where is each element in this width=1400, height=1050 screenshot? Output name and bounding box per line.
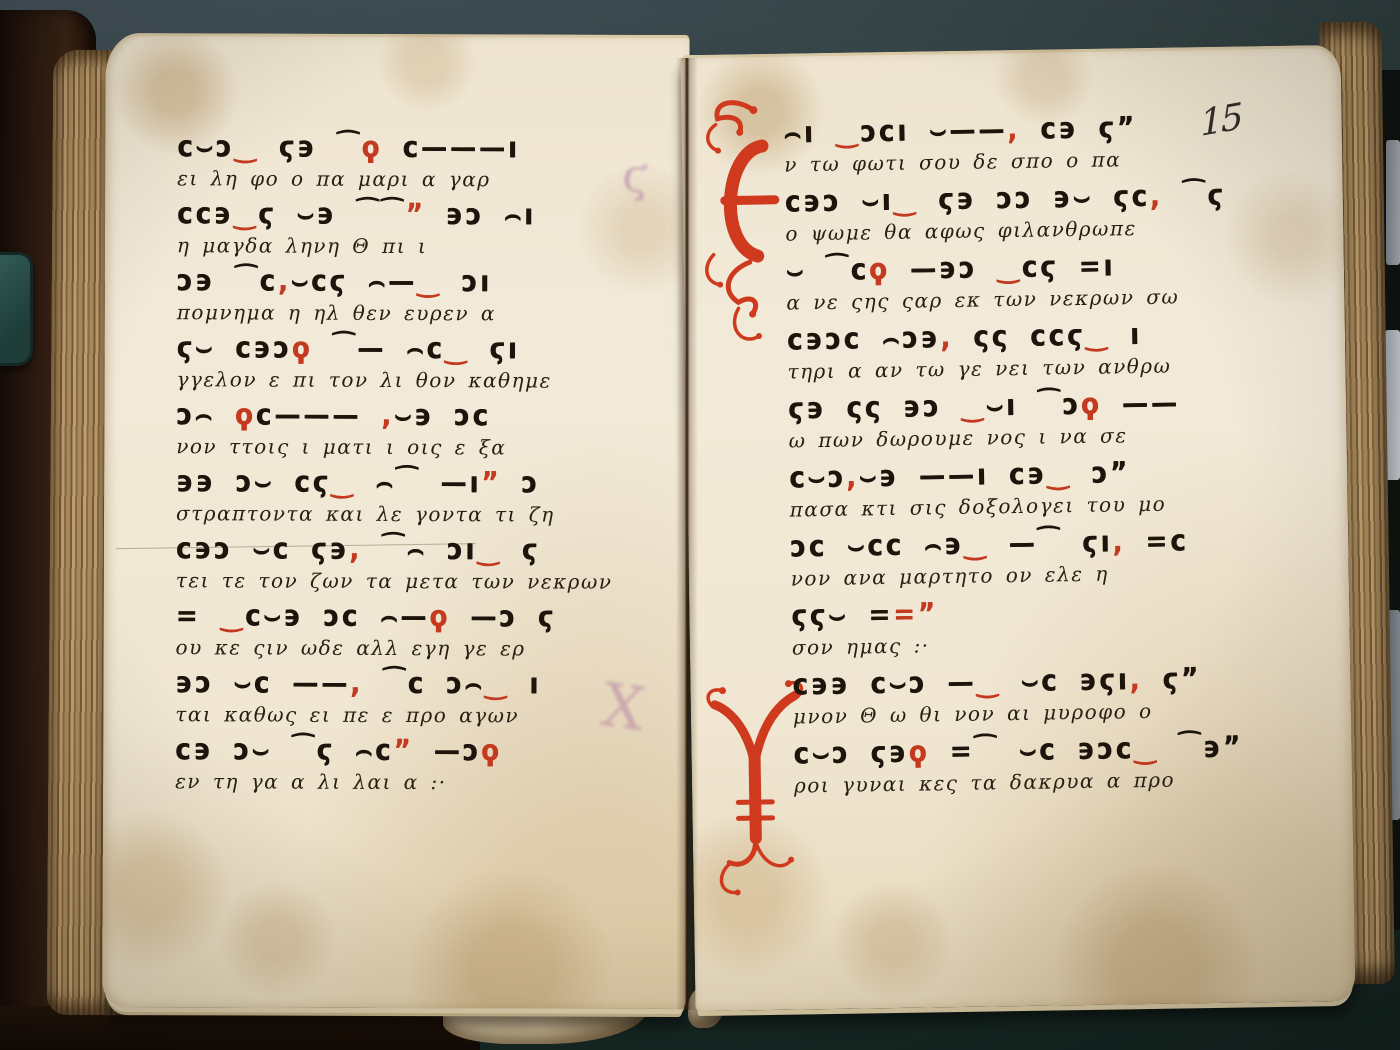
neume-notation: = ‿c⌣϶ ɔϲ ⌢—ϙ —ɔ ϛ <box>176 596 654 638</box>
neume-black: ⌣϶ ɔc <box>394 399 491 433</box>
greek-text-line: εν τη γα α λι λαι α :· <box>175 768 653 797</box>
neume-black: ı <box>1110 318 1142 352</box>
neume-black: =c <box>1125 525 1189 560</box>
neume-black: ϛ <box>502 534 541 568</box>
neume-black: c϶ ϛ” <box>1020 111 1137 146</box>
neume-black: ϲ϶ɔ ⌣c ϛ϶ <box>176 532 349 566</box>
chant-line: ϲ⌣ɔ ϛ϶ϙ =⁀ ⌣c ϶ɔϲ‿ ⁀϶”ροι γυναι κες τα δ… <box>793 729 1294 806</box>
neume-notation: c϶ɔϲ ⌢ɔ϶, ςς ccϛ‿ ı <box>787 313 1288 361</box>
neume-red-mark: ‿ <box>964 528 989 562</box>
neume-red-mark: , <box>846 461 859 495</box>
neume-red-mark: , <box>1150 180 1163 214</box>
neume-notation: ϲ⌣ɔ‿ ϛ϶ ⁀ϙ c———ı <box>177 127 655 169</box>
book-clasp <box>0 252 33 366</box>
greek-text-line: ου κε ςιν ωδε αλλ εγη γε ερ <box>176 634 654 663</box>
neume-red-mark: ‿ <box>1134 732 1159 766</box>
neume-black: ɔı <box>441 265 492 299</box>
neume-red-mark: , <box>349 533 362 567</box>
greek-text-line: γγελον ε πι τον λι θον καθημε <box>176 366 654 395</box>
neume-notation: ɔ϶ ⁀c,⌣ϲϛ ⌢—‿ ɔı <box>177 261 655 303</box>
neume-black: ϲ⌣ɔ ϛ϶ <box>793 736 909 771</box>
neume-black: —ɔ ϛ <box>450 600 556 634</box>
neume-black: ςς ccϛ <box>953 319 1086 355</box>
greek-text-line: ει λη φο ο πα μαρι α γαρ <box>177 165 655 194</box>
neume-red-mark: ‿ <box>485 668 510 702</box>
neume-red-mark: ϙ <box>292 332 313 366</box>
neume-black: ɔ” <box>1071 456 1130 491</box>
right-page: ⌢ı ‿ɔcı ⌣——, c϶ ϛ”ν τω φωτι σου δε σπο ο… <box>681 45 1356 1011</box>
greek-text-line: στραπτοντα και λε γοντα τι ζη <box>176 500 654 529</box>
chant-line: ϲ⌣ɔ,⌣϶ ——ı c϶‿ ɔ”πασα κτι σις δοξολογει … <box>789 453 1290 530</box>
neume-black: ϶ɔ ⌢ı <box>426 198 536 232</box>
neume-notation: cc϶‿ϛ ⌣϶ ⁀⁀” ϶ɔ ⌢ı <box>177 194 655 236</box>
neume-red-mark: , <box>1007 113 1020 147</box>
chant-line: c϶ɔ ⌣ı‿ ϛ϶ ɔɔ ϶⌣ ϛc, ⁀ϛο ψωμε θα αφως φι… <box>785 177 1286 254</box>
neume-red-mark: , <box>1129 663 1142 697</box>
neume-red-mark: ‿ <box>836 116 861 150</box>
chant-line: ϲ϶ɔ ⌣c ϛ϶, ⁀⌢ ɔı‿ ϛτει τε τον ζων τα μετ… <box>176 531 654 600</box>
neume-notation: c϶ɔ ⌣ı‿ ϛ϶ ɔɔ ϶⌣ ϛc, ⁀ϛ <box>785 175 1286 223</box>
greek-text-line: πομνημα η ηλ θεν ευρεν α <box>177 299 655 328</box>
left-page-chant-lines: ϲ⌣ɔ‿ ϛ϶ ⁀ϙ c———ıει λη φο ο πα μαρι α γαρ… <box>175 129 655 801</box>
chant-line: ϛ⌣ ϲ϶ɔϙ ⁀— ⌢c‿ ϛıγγελον ε πι τον λι θον … <box>176 330 654 399</box>
neume-red-mark: ϙ <box>429 600 450 634</box>
neume-red-mark: ‿ <box>220 600 245 634</box>
neume-notation: ϲ϶ɔ ⌣c ϛ϶, ⁀⌢ ɔı‿ ϛ <box>176 529 654 571</box>
greek-text-line: ται καθως ει πε ε προ αγων <box>175 701 653 730</box>
neume-black: ɔ϶ ⁀c <box>177 264 278 298</box>
neume-red-mark: ‿ <box>1047 457 1072 491</box>
neume-black: c϶϶ ϲ⌣ɔ — <box>792 666 976 702</box>
neume-red-mark: ‿ <box>234 131 259 165</box>
neume-notation: ϛ϶ ςς ϶ɔ ‿⌣ı ⁀ɔϙ —— <box>788 382 1289 430</box>
neume-red-mark: , <box>350 667 363 701</box>
neume-red-mark: ‿ <box>1085 319 1110 353</box>
chant-line: ɔc ⌣cc ⌢϶‿ —⁀ ϛı, =cνον ανα μαρτητο ον ε… <box>790 522 1291 599</box>
neume-black: ⌢ı <box>784 116 837 150</box>
neume-notation: ɔc ⌣cc ⌢϶‿ —⁀ ϛı, =c <box>790 520 1291 568</box>
neume-red-mark: , <box>278 265 291 299</box>
chant-line: cc϶‿ϛ ⌣϶ ⁀⁀” ϶ɔ ⌢ıη μαγδα ληνη Θ πι ι <box>177 196 655 265</box>
neume-black: ϛ ⌣϶ ⁀⁀ <box>258 198 406 232</box>
neume-black: ϛ϶ ςς ϶ɔ <box>788 390 962 426</box>
neume-black: ⌣ϲϛ ⌢— <box>291 265 417 299</box>
neume-black: cϛ =ı <box>1021 250 1115 285</box>
neume-black: ϛϛ⌣ = <box>791 598 893 633</box>
neume-black: ⁀⌢ ɔı <box>362 533 477 567</box>
neume-red-mark: ‿ <box>997 251 1022 285</box>
chant-line: c϶϶ ϲ⌣ɔ —‿ ⌣c ϶ϛı, ϛ”μνον Θ ω θι νον αι … <box>792 660 1293 737</box>
neume-red-mark: , <box>381 399 394 433</box>
neume-black: ɔc ⌣cc ⌢϶ <box>790 528 964 564</box>
neume-notation: c϶϶ ϲ⌣ɔ —‿ ⌣c ϶ϛı, ϛ” <box>792 658 1293 706</box>
chant-line: c϶ɔϲ ⌢ɔ϶, ςς ccϛ‿ ıτηρι α αν τω γε νει τ… <box>787 315 1288 392</box>
neume-black: c⌣϶ ɔϲ ⌢— <box>245 600 429 634</box>
neume-black: ⁀c ɔ⌢ <box>363 667 485 701</box>
chant-line: ɔ϶ ⁀c,⌣ϲϛ ⌢—‿ ɔıπομνημα η ηλ θεν ευρεν α <box>177 263 655 332</box>
neume-black: ϲ⌣ɔ <box>177 130 234 164</box>
neume-black: ϛ” <box>1142 662 1201 697</box>
neume-red-mark: ” <box>406 198 426 232</box>
neume-black: —϶ɔ <box>890 251 998 286</box>
neume-black: ⌣ı ⁀ɔ <box>986 388 1082 423</box>
greek-text-line: νον ττοις ι ματι ι οις ε ξα <box>176 433 654 462</box>
neume-red-mark: ϙ <box>362 131 383 165</box>
binding-strap <box>1386 140 1400 265</box>
chant-line: ϶ɔ ⌣ϲ ——, ⁀c ɔ⌢‿ ıται καθως ει πε ε προ … <box>175 665 653 734</box>
neume-black: c϶ɔϲ ⌢ɔ϶ <box>787 321 941 357</box>
neume-red-mark: ϙ <box>235 399 256 433</box>
neume-black: —ɔ <box>414 734 482 768</box>
neume-red-mark: =” <box>893 597 938 631</box>
neume-black: ⌢⁀ —ı <box>356 466 482 500</box>
neume-black: ⌣c ϶ϛı <box>1001 663 1130 699</box>
left-page: ϛ X ϲ⌣ɔ‿ ϛ϶ ⁀ϙ c———ıει λη φο ο πα μαρι α… <box>102 33 689 1009</box>
neume-red-mark: ” <box>393 734 413 768</box>
neume-black: ı <box>509 668 541 702</box>
right-page-chant-lines: ⌢ı ‿ɔcı ⌣——, c϶ ϛ”ν τω φωτι σου δε σπο ο… <box>783 108 1294 806</box>
neume-red-mark: ϙ <box>908 736 929 770</box>
neume-black: ɔcı ⌣—— <box>860 113 1007 149</box>
neume-black: —— <box>1102 387 1181 422</box>
illuminated-initial-epsilon <box>695 94 795 349</box>
neume-red-mark: ” <box>481 466 501 500</box>
chant-line: ϲ⌣ɔ‿ ϛ϶ ⁀ϙ c———ıει λη φο ο πα μαρι α γαρ <box>177 129 655 198</box>
neume-black: ⁀ϛ <box>1163 179 1227 214</box>
neume-black: ɔ⌢ <box>176 398 235 432</box>
neume-black: c——— <box>256 399 382 433</box>
manuscript-photo: ϛ X ϲ⌣ɔ‿ ϛ϶ ⁀ϙ c———ıει λη φο ο πα μαρι α… <box>0 0 1400 1050</box>
neume-notation: ɔ⌢ ϙc——— ,⌣϶ ɔc <box>176 395 654 437</box>
neume-black: = <box>176 599 221 633</box>
neume-red-mark: ‿ <box>445 332 470 366</box>
neume-black: ɔ <box>501 467 540 501</box>
greek-text-line: τει τε τον ζων τα μετα των νεκρων <box>176 567 654 596</box>
neume-red-mark: ‿ <box>477 533 502 567</box>
neume-black: c϶ɔ ⌣ı <box>785 184 894 219</box>
neume-red-mark: , <box>1112 526 1125 560</box>
neume-black: ϲ⌣ɔ <box>789 461 846 495</box>
neume-notation: ϶϶ ɔ⌣ ϲϛ‿ ⌢⁀ —ı” ɔ <box>176 462 654 504</box>
neume-red-mark: ‿ <box>893 184 918 218</box>
neume-black: ϶϶ ɔ⌣ ϲϛ <box>176 465 331 499</box>
neume-red-mark: , <box>940 321 953 355</box>
neume-black: ϛı <box>469 332 520 366</box>
neume-red-mark: ϙ <box>481 734 502 768</box>
neume-black: ⁀— ⌢c <box>313 332 445 366</box>
neume-black: ⌣϶ ——ı c϶ <box>859 458 1048 495</box>
neume-black: ϛ϶ ɔɔ ϶⌣ ϛc <box>918 180 1150 217</box>
neume-notation: ϛ⌣ ϲ϶ɔϙ ⁀— ⌢c‿ ϛı <box>177 328 655 370</box>
folio-number: 15 <box>1200 96 1243 145</box>
neume-red-mark: ϙ <box>1081 388 1102 422</box>
neume-notation: ϲ⌣ɔ ϛ϶ϙ =⁀ ⌣c ϶ɔϲ‿ ⁀϶” <box>793 727 1294 775</box>
neume-red-mark: ϙ <box>869 253 890 287</box>
neume-notation: ϲ⌣ɔ,⌣϶ ——ı c϶‿ ɔ” <box>789 451 1290 499</box>
neume-black: ϶ɔ ⌣ϲ —— <box>175 666 350 700</box>
neume-black: ϲ϶ ɔ⌣ ⁀ϛ ⌢c <box>175 733 393 767</box>
neume-black: ⌣ ⁀c <box>786 254 870 289</box>
neume-black: ⁀϶” <box>1158 731 1243 766</box>
chant-line: = ‿c⌣϶ ɔϲ ⌢—ϙ —ɔ ϛου κε ςιν ωδε αλλ εγη … <box>175 598 653 667</box>
neume-black: ϛ϶ ⁀ <box>259 131 362 165</box>
greek-text-line: η μαγδα ληνη Θ πι ι <box>177 232 655 261</box>
neume-black: c———ı <box>382 131 520 165</box>
neume-black: —⁀ ϛı <box>988 526 1112 562</box>
neume-black: =⁀ ⌣c ϶ɔϲ <box>929 732 1134 769</box>
chant-line: ϛϛ⌣ ==”σον ημας :· <box>791 591 1292 668</box>
neume-notation: ϲ϶ ɔ⌣ ⁀ϛ ⌢c” —ɔϙ <box>175 730 653 772</box>
chant-line: ϛ϶ ςς ϶ɔ ‿⌣ı ⁀ɔϙ ——ω πων δωρουμε νος ι ν… <box>788 384 1289 461</box>
neume-red-mark: ‿ <box>417 265 442 299</box>
neume-notation: ⌣ ⁀cϙ —϶ɔ ‿cϛ =ı <box>786 244 1287 292</box>
neume-notation: ϶ɔ ⌣ϲ ——, ⁀c ɔ⌢‿ ı <box>175 663 653 705</box>
neume-red-mark: ‿ <box>331 466 356 500</box>
neume-notation: ϛϛ⌣ ==” <box>791 589 1292 637</box>
neume-red-mark: ‿ <box>234 198 259 232</box>
chant-line: ϶϶ ɔ⌣ ϲϛ‿ ⌢⁀ —ı” ɔστραπτοντα και λε γοντ… <box>176 464 654 533</box>
chant-line: ϲ϶ ɔ⌣ ⁀ϛ ⌢c” —ɔϙεν τη γα α λι λαι α :· <box>175 732 653 801</box>
neume-red-mark: ‿ <box>961 390 986 424</box>
neume-black: cc϶ <box>177 197 234 231</box>
chant-line: ɔ⌢ ϙc——— ,⌣϶ ɔcνον ττοις ι ματι ι οις ε … <box>176 397 654 466</box>
neume-red-mark: ‿ <box>976 665 1001 699</box>
chant-line: ⌣ ⁀cϙ —϶ɔ ‿cϛ =ıα νε ςης ςαρ εκ των νεκρ… <box>786 246 1287 323</box>
neume-black: ϛ⌣ ϲ϶ɔ <box>177 331 292 365</box>
